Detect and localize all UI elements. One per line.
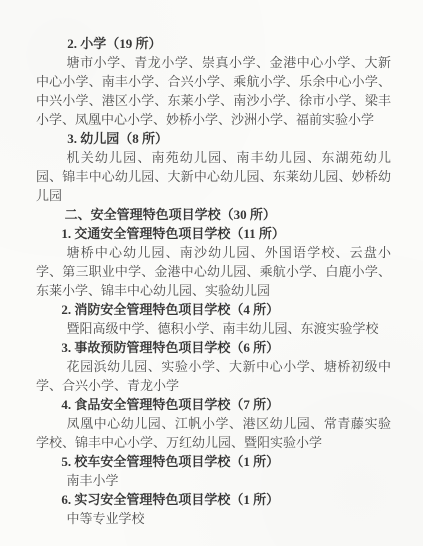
- heading-kindergartens: 3. 幼儿园（8 所）: [36, 129, 391, 148]
- list-elementary-schools: 塘市小学、青龙小学、崇真小学、金港中心小学、大新中心小学、南丰小学、合兴小学、乘…: [36, 53, 391, 129]
- heading-fire-safety: 2. 消防安全管理特色项目学校（4 所）: [36, 300, 391, 319]
- list-fire-safety: 暨阳高级中学、德积小学、南丰幼儿园、东渡实验学校: [36, 319, 391, 338]
- list-internship-safety: 中等专业学校: [36, 509, 391, 528]
- list-food-safety: 凤凰中心幼儿园、江帆小学、港区幼儿园、常青藤实验学校、锦丰中心小学、万红幼儿园、…: [36, 414, 391, 452]
- heading-food-safety: 4. 食品安全管理特色项目学校（7 所）: [36, 395, 391, 414]
- list-kindergartens: 机关幼儿园、南苑幼儿园、南丰幼儿园、东湖苑幼儿园、锦丰中心幼儿园、大新中心幼儿园…: [36, 148, 391, 205]
- list-traffic-safety: 塘桥中心幼儿园、南沙幼儿园、外国语学校、云盘小学、第三职业中学、金港中心幼儿园、…: [36, 243, 391, 300]
- heading-school-bus-safety: 5. 校车安全管理特色项目学校（1 所）: [36, 452, 391, 471]
- heading-accident-prevention: 3. 事故预防管理特色项目学校（6 所）: [36, 338, 391, 357]
- heading-traffic-safety: 1. 交通安全管理特色项目学校（11 所）: [36, 224, 391, 243]
- heading-elementary-schools: 2. 小学（19 所）: [36, 34, 391, 53]
- scanned-document-page: 2. 小学（19 所） 塘市小学、青龙小学、崇真小学、金港中心小学、大新中心小学…: [0, 0, 423, 546]
- list-accident-prevention: 花园浜幼儿园、实验小学、大新中心小学、塘桥初级中学、合兴小学、青龙小学: [36, 357, 391, 395]
- heading-safety-featured-schools: 二、安全管理特色项目学校（30 所）: [36, 205, 391, 224]
- heading-internship-safety: 6. 实习安全管理特色项目学校（1 所）: [36, 490, 391, 509]
- list-school-bus-safety: 南丰小学: [36, 471, 391, 490]
